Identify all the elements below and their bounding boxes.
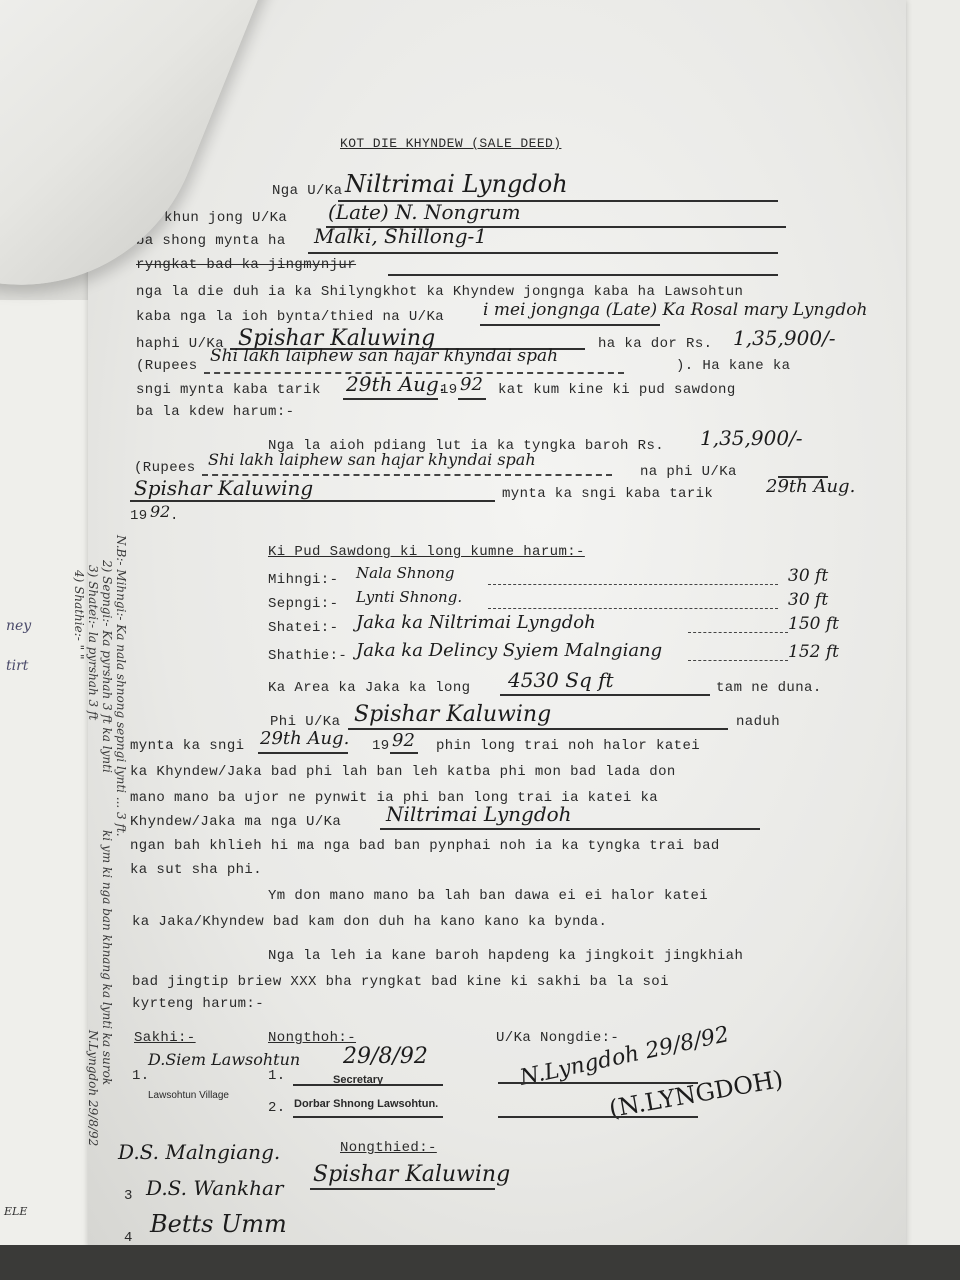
year-prefix-3: 19 xyxy=(372,738,390,754)
boundary-label: Shatei:- xyxy=(268,620,338,636)
p3-line1-suffix: naduh xyxy=(736,714,780,730)
possession-date-line xyxy=(258,752,348,754)
witness-1-signature: D.Siem Lawsohtun xyxy=(148,1050,300,1069)
witness-2-signature: D.S. Malngiang. xyxy=(118,1140,280,1164)
seller-heading: U/Ka Nongdie:- xyxy=(496,1030,619,1046)
payer-name-line xyxy=(130,500,495,502)
witness-3-number: 3 xyxy=(124,1188,133,1204)
left-scribble-1: ney xyxy=(6,618,31,634)
year-suffix-3: 92 xyxy=(392,730,415,751)
witness-1-stamp: Lawsohtun Village xyxy=(148,1090,229,1101)
p2-line2-prefix: (Rupees xyxy=(134,460,196,476)
margin-note-line4: 4) Shathie:- " " xyxy=(72,570,86,660)
headman-stamp-title: Secretary xyxy=(333,1074,383,1086)
margin-note-signoff: N.Lyngdoh 29/8/92 xyxy=(86,1030,100,1146)
headman-2-number: 2. xyxy=(268,1100,286,1116)
boundary-leader-line xyxy=(488,584,778,585)
boundary-leader-line xyxy=(688,632,788,633)
year-line-1 xyxy=(458,398,486,400)
p3-line6: ngan bah khlieh hi ma nga bad ban pynpha… xyxy=(130,838,720,854)
previous-owner: i mei jongnga (Late) Ka Rosal mary Lyngd… xyxy=(483,300,867,320)
seller-sign-line-2 xyxy=(498,1116,698,1118)
buyer-heading: Nongthied:- xyxy=(340,1140,437,1156)
payer-name: Spishar Kaluwing xyxy=(134,476,313,500)
witness-3-signature: D.S. Wankhar xyxy=(146,1176,284,1200)
boundary-length: 30 ft xyxy=(788,590,828,610)
boundary-label: Sepngi:- xyxy=(268,596,338,612)
possession-date: 29th Aug. xyxy=(260,728,349,749)
p3-line7: ka sut sha phi. xyxy=(130,862,262,878)
seller-name-2: Niltrimai Lyngdoh xyxy=(386,802,572,826)
p2-line3-mid: mynta ka sngi kaba tarik xyxy=(502,486,713,502)
year-suffix-1: 92 xyxy=(460,374,483,395)
parent-name: (Late) N. Nongrum xyxy=(328,200,521,224)
occupation-label: ryngkat bad ka jingmynjur xyxy=(136,257,356,273)
buyer-sign-line xyxy=(310,1188,495,1190)
boundary-description: Jaka ka Delincy Syiem Malngiang xyxy=(356,640,662,661)
sale-deed-page: KOT DIE KHYNDEW (SALE DEED) Nga U/Ka Nil… xyxy=(88,0,906,1248)
area-value: 4530 Sq ft xyxy=(508,668,614,692)
document-title: KOT DIE KHYNDEW (SALE DEED) xyxy=(340,136,561,151)
p5-line3: kyrteng harum:- xyxy=(132,996,264,1012)
payment-date: 29th Aug. xyxy=(766,476,855,497)
seller-prefix: Nga U/Ka xyxy=(272,183,342,199)
p1-line4-suffix: ). Ha kane ka xyxy=(676,358,790,374)
boundary-description: Lynti Shnong. xyxy=(356,588,462,606)
margin-note-line2: 2) Sepngi:- Ka pyrshah 3 ft ka lynti xyxy=(100,560,114,773)
boundaries-heading: Ki Pud Sawdong ki long kumne harum:- xyxy=(268,544,585,560)
boundary-leader-line xyxy=(488,608,778,609)
boundary-length: 152 ft xyxy=(788,642,839,662)
p4-line1: Ym don mano mano ba lah ban dawa ei ei h… xyxy=(268,888,708,904)
p3-line2-suffix: phin long trai noh halor katei xyxy=(436,738,700,754)
boundary-length: 30 ft xyxy=(788,566,828,586)
p3-line3: ka Khyndew/Jaka bad phi lah ban leh katb… xyxy=(130,764,676,780)
p3-line2-prefix: mynta ka sngi xyxy=(130,738,244,754)
underlying-sheet-left: ney tirt ELE xyxy=(0,300,91,1255)
p5-line2: bad jingtip briew XXX bha ryngkat bad ki… xyxy=(132,974,669,990)
p2-line2-suffix: na phi U/Ka xyxy=(640,464,737,480)
year-line-3 xyxy=(390,752,418,754)
margin-note-line1: N.B:- Mihngi:- Ka nala shnong sepngi lyn… xyxy=(114,535,128,837)
year-prefix-2: 19 xyxy=(130,508,148,524)
boundary-label: Mihngi:- xyxy=(268,572,338,588)
area-line xyxy=(500,694,710,696)
witness-4-number: 4 xyxy=(124,1230,133,1246)
boundary-length: 150 ft xyxy=(788,614,839,634)
headman-2-line xyxy=(293,1116,443,1118)
left-scribble-bottom: ELE xyxy=(4,1205,27,1218)
desk-background-bottom xyxy=(0,1245,960,1280)
p1-line2-prefix: kaba nga la ioh bynta/thied na U/Ka xyxy=(136,309,444,325)
received-amount: 1,35,900/- xyxy=(700,426,803,450)
residence-label: ba shong mynta ha xyxy=(136,233,286,249)
boundary-label: Shathie:- xyxy=(268,648,347,664)
margin-note-extra: ki ym ki nga ban khnang ka lynti ka suro… xyxy=(100,830,114,1085)
p1-line6: ba la kdew harum:- xyxy=(136,404,294,420)
headman-stamp-org: Dorbar Shnong Lawsohtun. xyxy=(294,1098,438,1110)
price-in-words-1: Shi lakh laiphew san hajar khyndai spah xyxy=(210,346,558,366)
boundary-description: Nala Shnong xyxy=(356,564,454,582)
witness-1-number: 1. xyxy=(132,1068,150,1084)
previous-owner-line xyxy=(480,324,660,326)
headman-signature: 29/8/92 xyxy=(343,1044,428,1069)
left-scribble-2: tirt xyxy=(6,658,28,674)
area-suffix: tam ne duna. xyxy=(716,680,822,696)
witness-4-signature: Betts Umm xyxy=(150,1210,287,1238)
margin-note-line3: 3) Shatei:- la pyrshah 3 ft xyxy=(86,565,100,720)
price-in-words-2: Shi lakh laiphew san hajar khyndai spah xyxy=(208,450,536,469)
p1-line5-prefix: sngi mynta kaba tarik xyxy=(136,382,321,398)
boundary-description: Jaka ka Niltrimai Lyngdoh xyxy=(356,612,596,633)
sale-price: 1,35,900/- xyxy=(733,326,836,350)
seller-printed-name: (N.LYNGDOH) xyxy=(607,1065,785,1123)
sale-date-1: 29th Aug. xyxy=(346,372,445,396)
year-suffix-2: 92 xyxy=(150,502,170,521)
area-prefix: Ka Area ka Jaka ka long xyxy=(268,680,470,696)
p2-period: . xyxy=(170,508,179,524)
headman-1-number: 1. xyxy=(268,1068,286,1084)
p4-line2: ka Jaka/Khyndew bad kam don duh ha kano … xyxy=(132,914,607,930)
seller-name: Niltrimai Lyngdoh xyxy=(345,170,568,198)
buyer-name-2: Spishar Kaluwing xyxy=(354,702,551,727)
p3-line5-prefix: Khyndew/Jaka ma nga U/Ka xyxy=(130,814,341,830)
desk-background-right xyxy=(905,0,960,1280)
p1-price-label: ha ka dor Rs. xyxy=(598,336,712,352)
occupation-line xyxy=(388,274,778,276)
p5-line1: Nga la leh ia kane baroh hapdeng ka jing… xyxy=(268,948,743,964)
boundary-leader-line xyxy=(688,660,788,661)
residence-value: Malki, Shillong-1 xyxy=(314,224,487,248)
p1-line5-suffix: kat kum kine ki pud sawdong xyxy=(498,382,736,398)
residence-line xyxy=(308,252,778,254)
witness-heading: Sakhi:- xyxy=(134,1030,196,1046)
p1-line1: nga la die duh ia ka Shilyngkhot ka Khyn… xyxy=(136,284,743,300)
sale-date-1-line xyxy=(343,398,438,400)
year-prefix-1: 19 xyxy=(440,382,458,398)
p1-line4-prefix: (Rupees xyxy=(136,358,198,374)
seller-name-2-line xyxy=(380,828,760,830)
buyer-signature: Spishar Kaluwing xyxy=(313,1162,510,1187)
